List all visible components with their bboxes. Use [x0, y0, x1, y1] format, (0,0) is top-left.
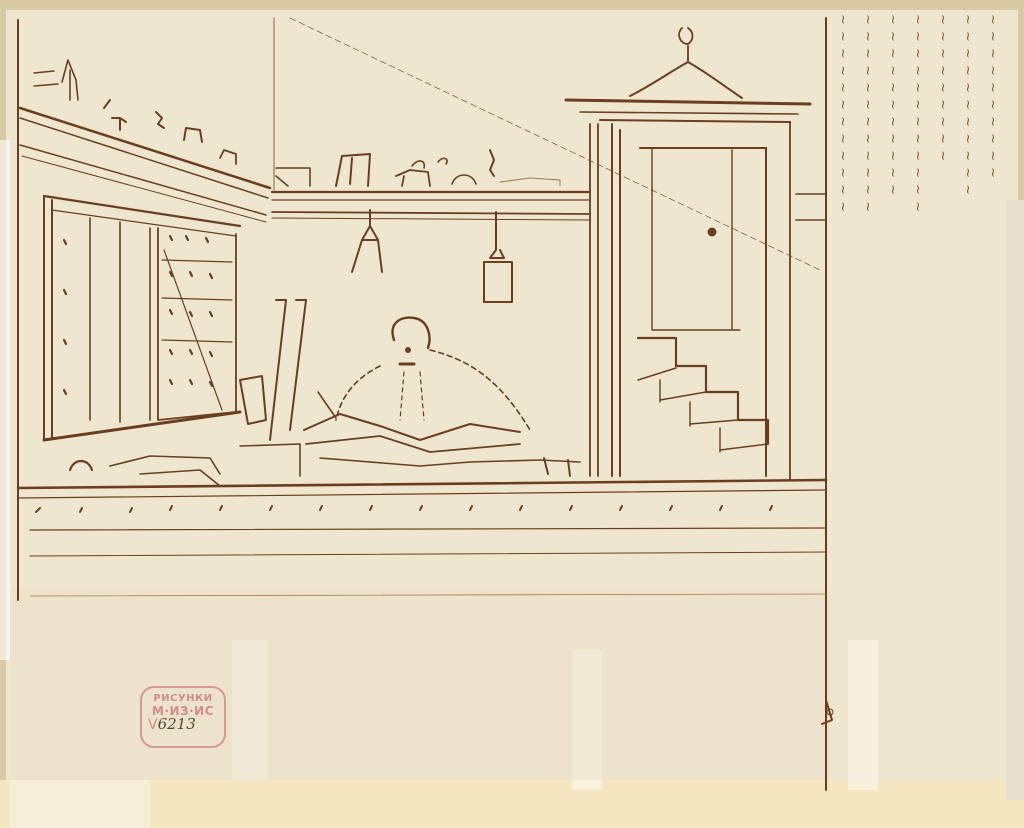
script-line: ~ ~ ~ ~ ~ ~ ~ ~ ~ ~ ~	[960, 14, 975, 196]
script-line: ~ ~ ~ ~ ~ ~ ~ ~ ~ ~ ~ ~	[910, 14, 925, 213]
script-line: ~ ~ ~ ~ ~ ~ ~ ~ ~ ~ ~ ~	[835, 14, 850, 213]
margin-handwriting: ~ ~ ~ ~ ~ ~ ~ ~ ~ ~ ~ ~ ~ ~ ~ ~ ~ ~ ~ ~ …	[830, 14, 1020, 794]
script-line: ~ ~ ~ ~ ~ ~ ~ ~ ~ ~	[985, 14, 1000, 179]
script-line: ~ ~ ~ ~ ~ ~ ~ ~ ~ ~ ~ ~	[860, 14, 875, 213]
script-line: ~ ~ ~ ~ ~ ~ ~ ~ ~ ~ ~	[885, 14, 900, 196]
collection-stamp: РИСУНКИ М·ИЗ·ИС V6213	[140, 686, 226, 748]
script-line: ~ ~ ~ ~ ~ ~ ~ ~ ~	[935, 14, 950, 162]
stamp-line-3: V6213	[142, 717, 224, 733]
inventory-number: 6213	[158, 715, 196, 733]
stamp-prefix: V	[148, 717, 158, 733]
stamp-line-1: РИСУНКИ	[142, 694, 224, 705]
